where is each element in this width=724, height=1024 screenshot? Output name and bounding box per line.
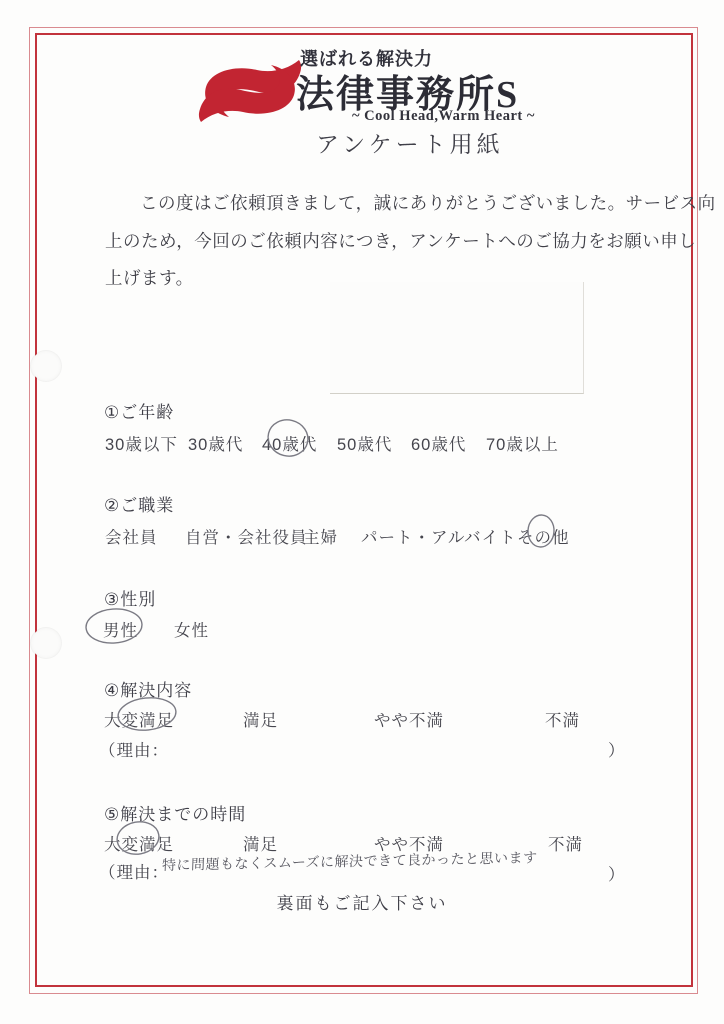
- q1-age-label: ①ご年齢: [104, 398, 174, 423]
- q5-option-very-satisfied: 大変満足: [104, 831, 174, 855]
- q3-gender-label: ③性別: [104, 585, 156, 610]
- q5-reason-open-paren: （理由：: [99, 859, 169, 883]
- firm-motto: ~ Cool Head,Warm Heart ~: [352, 108, 535, 125]
- q1-option-50s: 50歳代: [337, 431, 392, 455]
- scanned-survey-page: 選ばれる解決力 法律事務所S ~ Cool Head,Warm Heart ~ …: [0, 0, 724, 1024]
- q5-option-dissatisfied: 不満: [548, 831, 583, 855]
- q3-option-female: 女性: [174, 617, 209, 641]
- q2-option-self-employed: 自営・会社役員: [185, 524, 308, 548]
- q4-option-dissatisfied: 不満: [545, 707, 580, 731]
- q1-option-40s: 40歳代: [262, 431, 317, 455]
- q4-option-very-satisfied: 大変満足: [104, 707, 174, 731]
- punch-hole-bottom: [31, 628, 61, 658]
- q4-option-somewhat-dissatisfied: やや不満: [374, 707, 444, 731]
- q4-option-satisfied: 満足: [243, 707, 278, 731]
- q4-resolution-label: ④解決内容: [104, 676, 192, 701]
- firm-logo-s-swirl-icon: [198, 56, 302, 126]
- intro-line-1: この度はご依頼頂きまして，誠にありがとうございました。サービス向: [105, 190, 716, 215]
- q2-option-housewife: 主婦: [303, 524, 338, 548]
- document-title: アンケート用紙: [316, 126, 504, 159]
- intro-line-3: 上げます。: [105, 265, 194, 290]
- q2-option-part-time: パート・アルバイト: [361, 524, 517, 548]
- q1-option-60s: 60歳代: [411, 431, 466, 455]
- intro-line-2: 上のため，今回のご依頼内容につき，アンケートへのご協力をお願い申し: [105, 228, 696, 253]
- q1-option-over-70: 70歳以上: [486, 431, 559, 455]
- q5-time-label: ⑤解決までの時間: [104, 800, 246, 825]
- q5-option-satisfied: 満足: [243, 831, 278, 855]
- redacted-patch: [330, 282, 584, 394]
- q5-reason-close-paren: ）: [608, 861, 626, 885]
- q4-reason-close-paren: ）: [608, 737, 626, 761]
- backside-instruction: 裏面もご記入下さい: [0, 889, 724, 914]
- q1-option-under-30: 30歳以下: [105, 431, 178, 455]
- q2-option-other: その他: [517, 524, 570, 548]
- q4-reason-open-paren: （理由：: [99, 737, 169, 761]
- q2-option-company-employee: 会社員: [105, 524, 158, 548]
- punch-hole-top: [31, 351, 61, 381]
- q3-option-male: 男性: [103, 617, 138, 641]
- q1-option-30s: 30歳代: [188, 431, 243, 455]
- q2-occupation-label: ②ご職業: [104, 491, 174, 516]
